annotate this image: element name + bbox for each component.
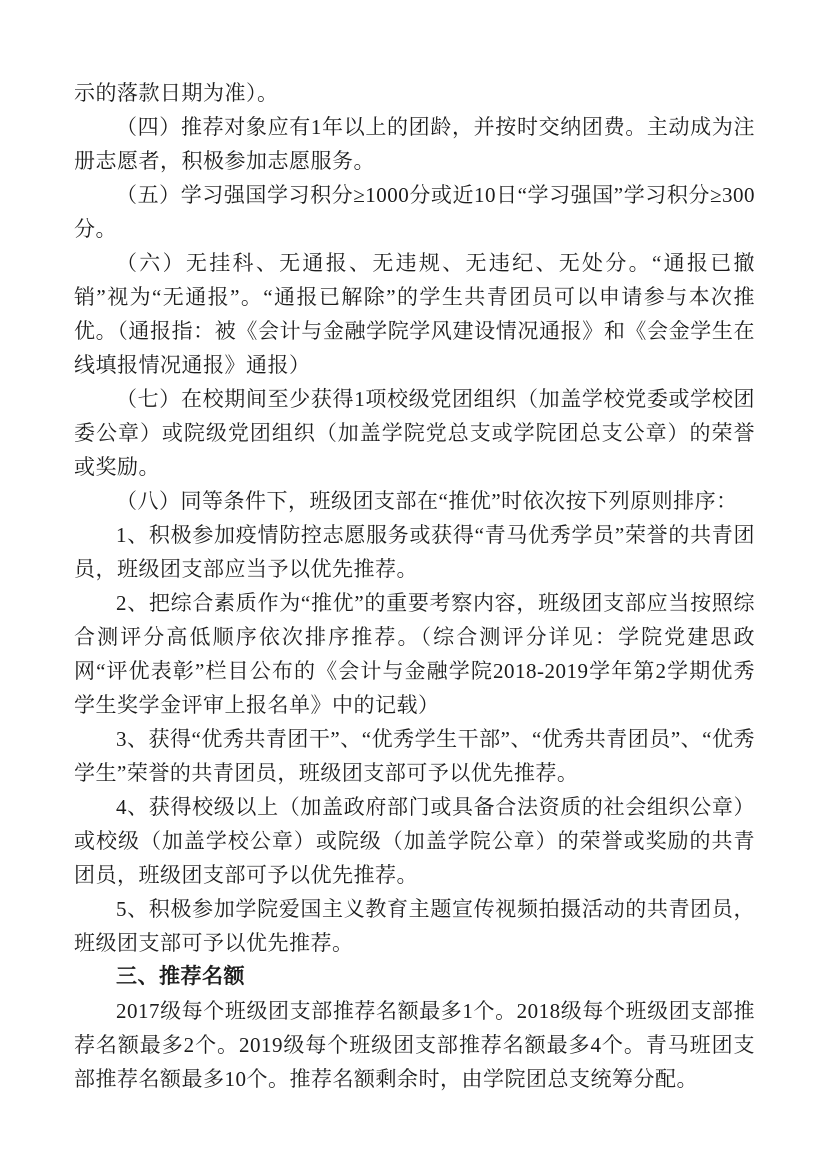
paragraph-clause-7: （七）在校期间至少获得1项校级党团组织（加盖学校党委或学校团委公章）或院级党团组… — [74, 382, 755, 484]
paragraph-clause-4: （四）推荐对象应有1年以上的团龄，并按时交纳团费。主动成为注册志愿者，积极参加志… — [74, 110, 755, 178]
paragraph-rule-4: 4、获得校级以上（加盖政府部门或具备合法资质的社会组织公章）或校级（加盖学校公章… — [74, 790, 755, 892]
paragraph-clause-6: （六）无挂科、无通报、无违规、无违纪、无处分。“通报已撤销”视为“无通报”。“通… — [74, 246, 755, 382]
paragraph-continuation-tail: 示的落款日期为准）。 — [74, 76, 755, 110]
paragraph-rule-5: 5、积极参加学院爱国主义教育主题宣传视频拍摄活动的共青团员，班级团支部可予以优先… — [74, 892, 755, 960]
paragraph-rule-3: 3、获得“优秀共青团干”、“优秀学生干部”、“优秀共青团员”、“优秀学生”荣誉的… — [74, 722, 755, 790]
document-page: 示的落款日期为准）。 （四）推荐对象应有1年以上的团龄，并按时交纳团费。主动成为… — [0, 0, 827, 1169]
paragraph-rule-2: 2、把综合素质作为“推优”的重要考察内容，班级团支部应当按照综合测评分高低顺序依… — [74, 586, 755, 722]
document-body: 示的落款日期为准）。 （四）推荐对象应有1年以上的团龄，并按时交纳团费。主动成为… — [74, 76, 755, 1096]
section-heading-quota: 三、推荐名额 — [74, 960, 755, 994]
paragraph-rule-1: 1、积极参加疫情防控志愿服务或获得“青马优秀学员”荣誉的共青团员，班级团支部应当… — [74, 518, 755, 586]
paragraph-clause-8: （八）同等条件下，班级团支部在“推优”时依次按下列原则排序： — [74, 484, 755, 518]
paragraph-quota-details: 2017级每个班级团支部推荐名额最多1个。2018级每个班级团支部推荐名额最多2… — [74, 994, 755, 1096]
paragraph-clause-5: （五）学习强国学习积分≥1000分或近10日“学习强国”学习积分≥300分。 — [74, 178, 755, 246]
